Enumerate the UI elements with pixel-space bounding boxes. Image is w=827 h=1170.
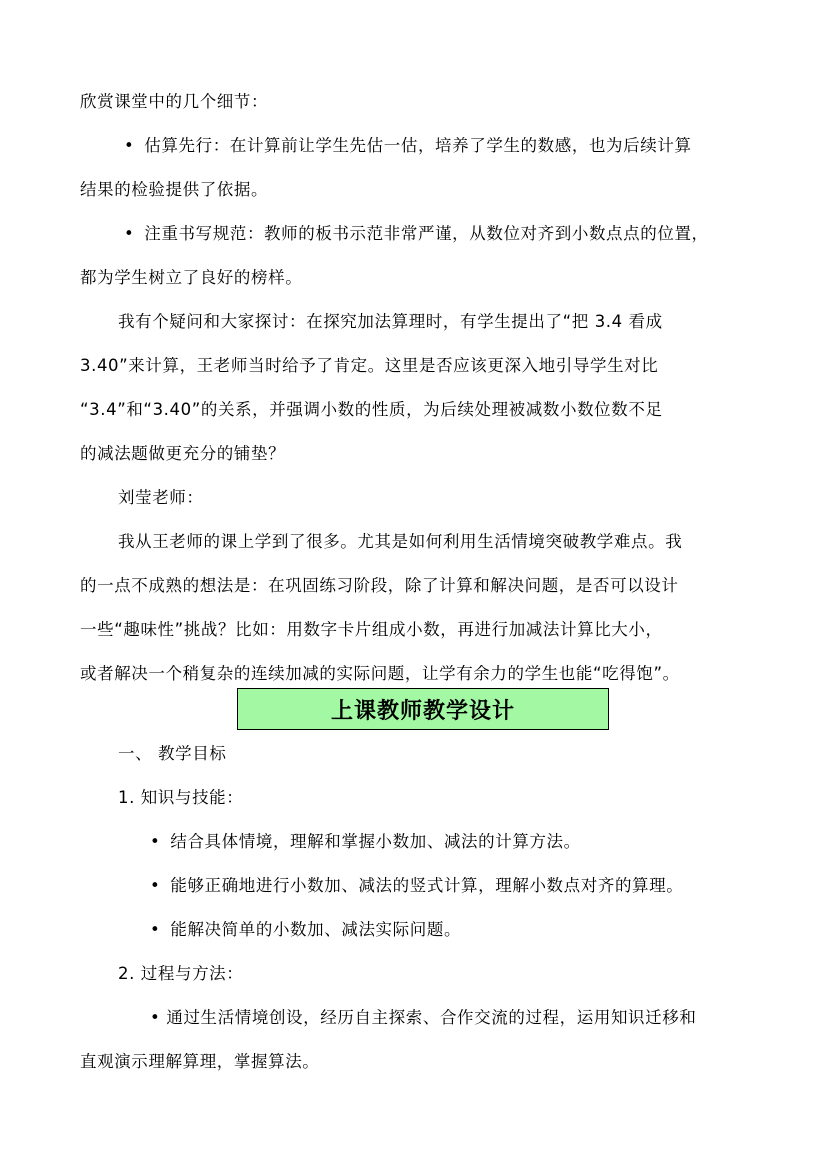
knowledge-item-2: •能够正确地进行小数加、减法的竖式计算，理解小数点对齐的算理。 [150, 876, 683, 896]
detail-2-text: 注重书写规范：教师的板书示范非常严谨，从数位对齐到小数点点的位置， [144, 224, 708, 243]
process-line-2: 直观演示理解算理，掌握算法。 [80, 1052, 319, 1072]
section-heading: 上课教师教学设计 [331, 694, 515, 725]
detail-1-line2: 结果的检验提供了依据。 [80, 180, 268, 200]
knowledge-item-text: 能解决简单的小数加、减法实际问题。 [170, 920, 461, 939]
question-line-1: 我有个疑问和大家探讨：在探究加法算理时，有学生提出了“把 3.4 看成 [118, 312, 663, 332]
question-line-2: 3.40”来计算，王老师当时给予了肯定。这里是否应该更深入地引导学生对比 [80, 356, 658, 376]
objectives-title: 一、 教学目标 [118, 744, 226, 764]
knowledge-item-3: •能解决简单的小数加、减法实际问题。 [150, 920, 461, 940]
bullet-icon: • [150, 832, 160, 852]
question-line-3: “3.4”和“3.40”的关系，并强调小数的性质，为后续处理被减数小数位数不足 [80, 400, 663, 420]
knowledge-item-text: 能够正确地进行小数加、减法的竖式计算，理解小数点对齐的算理。 [170, 876, 683, 895]
knowledge-title: 1. 知识与技能： [118, 788, 243, 808]
process-line-1: •通过生活情境创设，经历自主探索、合作交流的过程，运用知识迁移和 [150, 1008, 696, 1028]
bullet-icon: • [150, 876, 160, 896]
section-heading-box: 上课教师教学设计 [237, 688, 609, 730]
bullet-icon: • [150, 920, 160, 940]
knowledge-item-1: •结合具体情境，理解和掌握小数加、减法的计算方法。 [150, 832, 581, 852]
bullet-icon: • [124, 136, 134, 156]
comment-line-3: 一些“趣味性”挑战？比如：用数字卡片组成小数，再进行加减法计算比大小， [80, 620, 663, 640]
comment-line-1: 我从王老师的课上学到了很多。尤其是如何利用生活情境突破教学难点。我 [118, 532, 682, 552]
process-title: 2. 过程与方法： [118, 964, 243, 984]
speaker-name: 刘莹老师： [118, 488, 204, 508]
detail-2-line2: 都为学生树立了良好的榜样。 [80, 268, 302, 288]
bullet-icon: • [124, 224, 134, 244]
knowledge-item-text: 结合具体情境，理解和掌握小数加、减法的计算方法。 [170, 832, 580, 851]
process-text: 通过生活情境创设，经历自主探索、合作交流的过程，运用知识迁移和 [166, 1008, 696, 1027]
detail-1-text: 估算先行：在计算前让学生先估一估，培养了学生的数感，也为后续计算 [144, 136, 691, 155]
comment-line-4: 或者解决一个稍复杂的连续加减的实际问题，让学有余力的学生也能“吃得饱”。 [80, 664, 680, 684]
detail-1-line1: •估算先行：在计算前让学生先估一估，培养了学生的数感，也为后续计算 [124, 136, 692, 156]
detail-2-line1: •注重书写规范：教师的板书示范非常严谨，从数位对齐到小数点点的位置， [124, 224, 709, 244]
comment-line-2: 的一点不成熟的想法是：在巩固练习阶段，除了计算和解决问题，是否可以设计 [80, 576, 679, 596]
question-line-4: 的减法题做更充分的铺垫？ [80, 444, 285, 464]
intro-text: 欣赏课堂中的几个细节： [80, 92, 268, 112]
bullet-icon: • [150, 1008, 160, 1028]
